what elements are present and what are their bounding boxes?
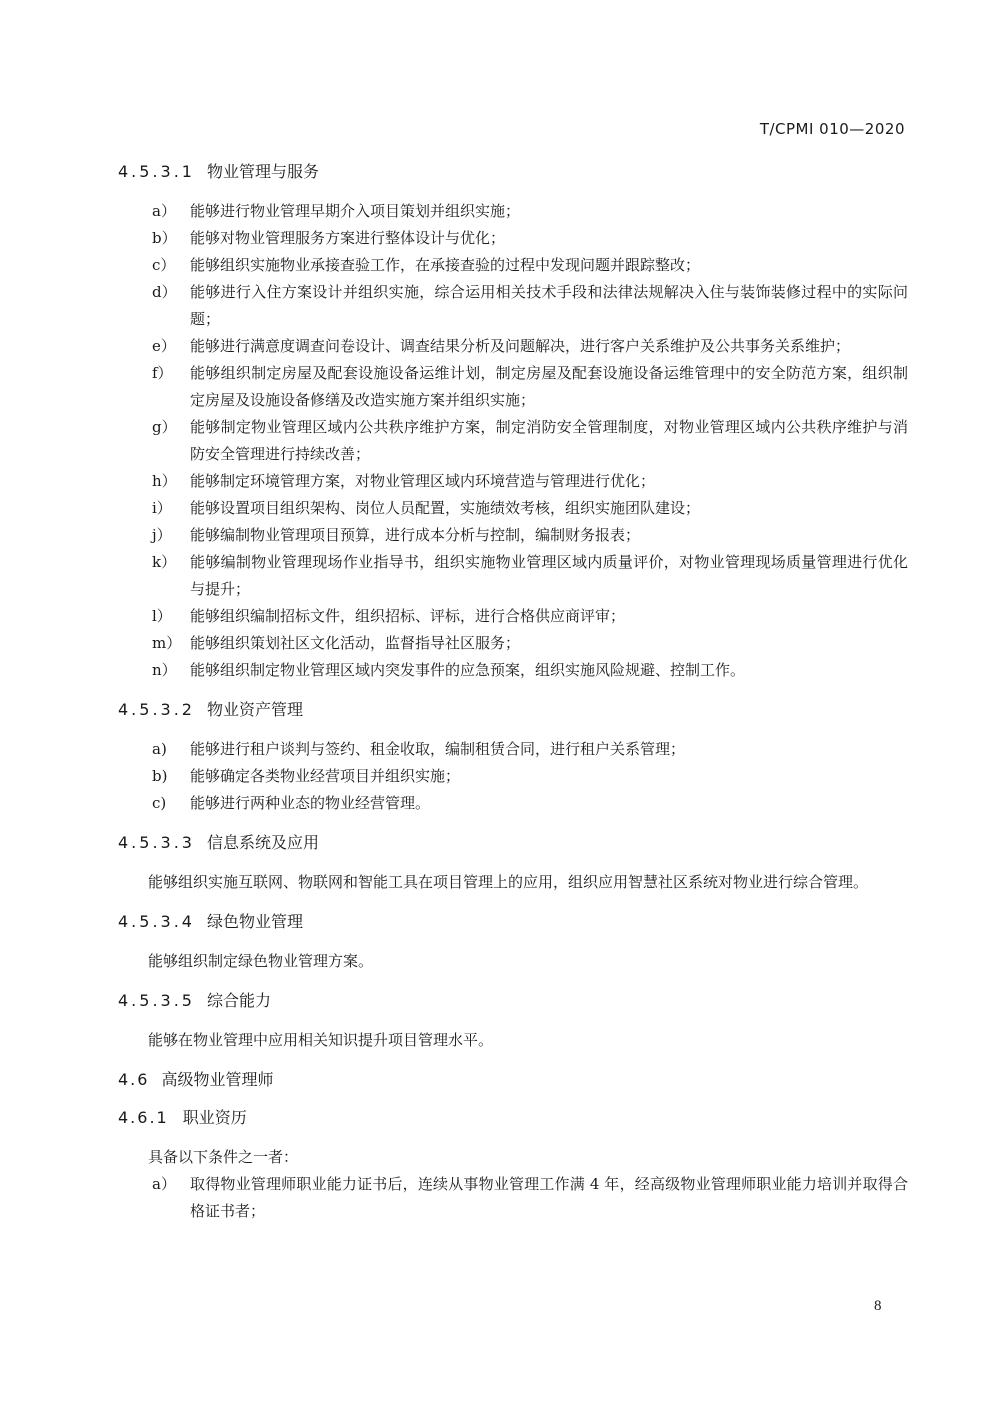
list-item: d）能够进行入住方案设计并组织实施，综合运用相关技术手段和法律法规解决入住与装饰… xyxy=(118,279,908,333)
section-title: 综合能力 xyxy=(207,989,271,1013)
list-marker: g） xyxy=(152,414,177,441)
section-title: 信息系统及应用 xyxy=(207,831,319,855)
list-item-text: 取得物业管理师职业能力证书后，连续从事物业管理工作满 4 年，经高级物业管理师职… xyxy=(190,1175,908,1220)
list-item-text: 能够设置项目组织架构、岗位人员配置，实施绩效考核，组织实施团队建设； xyxy=(190,499,700,517)
section-number: 4.6.1 xyxy=(118,1106,169,1130)
list-item-text: 能够进行满意度调查问卷设计、调查结果分析及问题解决，进行客户关系维护及公共事务关… xyxy=(190,337,850,355)
list-item: m）能够组织策划社区文化活动，监督指导社区服务； xyxy=(118,630,908,657)
list-item: a)能够进行租户谈判与签约、租金收取，编制租赁合同，进行租户关系管理； xyxy=(118,736,908,763)
section-title: 绿色物业管理 xyxy=(207,910,303,934)
list-item-text: 能够进行租户谈判与签约、租金收取，编制租赁合同，进行租户关系管理； xyxy=(190,740,685,758)
list-item-text: 能够编制物业管理项目预算，进行成本分析与控制，编制财务报表； xyxy=(190,526,640,544)
section-number: 4.5.3.2 xyxy=(118,698,195,722)
list-item: b）能够对物业管理服务方案进行整体设计与优化； xyxy=(118,225,908,252)
list-item: i）能够设置项目组织架构、岗位人员配置，实施绩效考核，组织实施团队建设； xyxy=(118,495,908,522)
list-marker: l） xyxy=(152,603,172,630)
paragraph: 能够组织制定绿色物业管理方案。 xyxy=(118,948,908,975)
list-4532: a)能够进行租户谈判与签约、租金收取，编制租赁合同，进行租户关系管理； b)能够… xyxy=(118,736,908,817)
list-item: e）能够进行满意度调查问卷设计、调查结果分析及问题解决，进行客户关系维护及公共事… xyxy=(118,333,908,360)
section-heading-4533: 4.5.3.3 信息系统及应用 xyxy=(118,831,908,855)
document-body: 4.5.3.1 物业管理与服务 a）能够进行物业管理早期介入项目策划并组织实施；… xyxy=(118,160,908,1225)
list-item-text: 能够组织策划社区文化活动，监督指导社区服务； xyxy=(190,634,520,652)
list-marker: m） xyxy=(152,630,181,657)
list-marker: h） xyxy=(152,468,177,495)
list-item-text: 能够进行物业管理早期介入项目策划并组织实施； xyxy=(190,202,520,220)
list-item: k）能够编制物业管理现场作业指导书，组织实施物业管理区域内质量评价，对物业管理现… xyxy=(118,549,908,603)
list-marker: k） xyxy=(152,549,176,576)
section-heading-4531: 4.5.3.1 物业管理与服务 xyxy=(118,160,908,184)
list-marker: a） xyxy=(152,198,176,225)
list-marker: n） xyxy=(152,657,177,684)
section-title: 物业资产管理 xyxy=(207,698,303,722)
section-heading-46: 4.6 高级物业管理师 xyxy=(118,1068,908,1092)
list-marker: a) xyxy=(152,736,167,763)
paragraph-intro: 具备以下条件之一者： xyxy=(118,1144,908,1171)
section-title: 职业资历 xyxy=(183,1106,247,1130)
section-title: 高级物业管理师 xyxy=(161,1068,273,1092)
list-marker: e） xyxy=(152,333,176,360)
section-number: 4.5.3.3 xyxy=(118,831,195,855)
section-heading-4535: 4.5.3.5 综合能力 xyxy=(118,989,908,1013)
list-item-text: 能够编制物业管理现场作业指导书，组织实施物业管理区域内质量评价，对物业管理现场质… xyxy=(190,553,908,598)
list-item: h）能够制定环境管理方案，对物业管理区域内环境营造与管理进行优化； xyxy=(118,468,908,495)
list-item-text: 能够确定各类物业经营项目并组织实施； xyxy=(190,767,460,785)
list-item-text: 能够组织制定物业管理区域内突发事件的应急预案，组织实施风险规避、控制工作。 xyxy=(190,661,745,679)
list-item-text: 能够进行两种业态的物业经营管理。 xyxy=(190,794,430,812)
list-marker: j） xyxy=(152,522,172,549)
section-number: 4.6 xyxy=(118,1068,149,1092)
section-heading-4534: 4.5.3.4 绿色物业管理 xyxy=(118,910,908,934)
list-item: a）取得物业管理师职业能力证书后，连续从事物业管理工作满 4 年，经高级物业管理… xyxy=(118,1171,908,1225)
list-item: b)能够确定各类物业经营项目并组织实施； xyxy=(118,763,908,790)
list-item: l）能够组织编制招标文件，组织招标、评标，进行合格供应商评审； xyxy=(118,603,908,630)
section-heading-461: 4.6.1 职业资历 xyxy=(118,1106,908,1130)
list-item-text: 能够制定物业管理区域内公共秩序维护方案，制定消防安全管理制度，对物业管理区域内公… xyxy=(190,418,908,463)
paragraph: 能够在物业管理中应用相关知识提升项目管理水平。 xyxy=(118,1027,908,1054)
list-marker: d） xyxy=(152,279,177,306)
list-item: f）能够组织制定房屋及配套设施设备运维计划，制定房屋及配套设施设备运维管理中的安… xyxy=(118,360,908,414)
list-marker: c） xyxy=(152,252,175,279)
list-marker: a） xyxy=(152,1171,176,1198)
section-number: 4.5.3.5 xyxy=(118,989,195,1013)
section-number: 4.5.3.4 xyxy=(118,910,195,934)
section-heading-4532: 4.5.3.2 物业资产管理 xyxy=(118,698,908,722)
list-item: c)能够进行两种业态的物业经营管理。 xyxy=(118,790,908,817)
paragraph: 能够组织实施互联网、物联网和智能工具在项目管理上的应用，组织应用智慧社区系统对物… xyxy=(118,869,908,896)
list-4531: a）能够进行物业管理早期介入项目策划并组织实施； b）能够对物业管理服务方案进行… xyxy=(118,198,908,684)
list-item: c）能够组织实施物业承接查验工作，在承接查验的过程中发现问题并跟踪整改； xyxy=(118,252,908,279)
list-item: j）能够编制物业管理项目预算，进行成本分析与控制，编制财务报表； xyxy=(118,522,908,549)
list-marker: b) xyxy=(152,763,167,790)
list-marker: b） xyxy=(152,225,177,252)
list-marker: c) xyxy=(152,790,166,817)
list-item-text: 能够进行入住方案设计并组织实施，综合运用相关技术手段和法律法规解决入住与装饰装修… xyxy=(190,283,908,328)
list-item-text: 能够组织实施物业承接查验工作，在承接查验的过程中发现问题并跟踪整改； xyxy=(190,256,700,274)
list-461: a）取得物业管理师职业能力证书后，连续从事物业管理工作满 4 年，经高级物业管理… xyxy=(118,1171,908,1225)
list-item: n）能够组织制定物业管理区域内突发事件的应急预案，组织实施风险规避、控制工作。 xyxy=(118,657,908,684)
list-item-text: 能够组织编制招标文件，组织招标、评标，进行合格供应商评审； xyxy=(190,607,625,625)
list-item-text: 能够制定环境管理方案，对物业管理区域内环境营造与管理进行优化； xyxy=(190,472,655,490)
standard-code: T/CPMI 010—2020 xyxy=(760,120,905,138)
list-marker: f） xyxy=(152,360,173,387)
section-number: 4.5.3.1 xyxy=(118,160,195,184)
list-item: a）能够进行物业管理早期介入项目策划并组织实施； xyxy=(118,198,908,225)
section-title: 物业管理与服务 xyxy=(207,160,319,184)
list-item-text: 能够组织制定房屋及配套设施设备运维计划，制定房屋及配套设施设备运维管理中的安全防… xyxy=(190,364,908,409)
list-marker: i） xyxy=(152,495,172,522)
page-number: 8 xyxy=(874,1298,882,1315)
list-item: g）能够制定物业管理区域内公共秩序维护方案，制定消防安全管理制度，对物业管理区域… xyxy=(118,414,908,468)
list-item-text: 能够对物业管理服务方案进行整体设计与优化； xyxy=(190,229,505,247)
